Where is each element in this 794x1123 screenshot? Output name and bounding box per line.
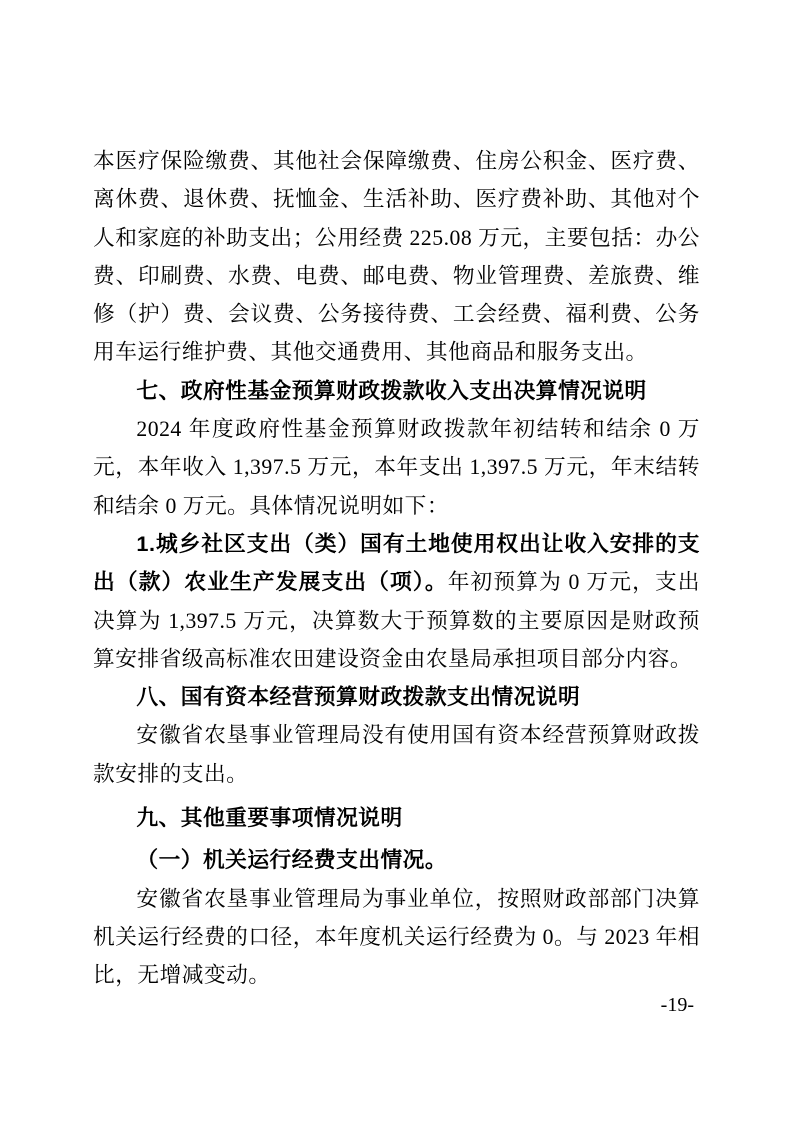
paragraph-state-capital: 安徽省农垦事业管理局没有使用国有资本经营预算财政拨款安排的支出。 bbox=[93, 716, 700, 793]
paragraph-item1: 1.城乡社区支出（类）国有土地使用权出让收入安排的支出（款）农业生产发展支出（项… bbox=[93, 525, 700, 678]
document-page: 本医疗保险缴费、其他社会保障缴费、住房公积金、医疗费、离休费、退休费、抚恤金、生… bbox=[0, 0, 794, 1123]
section-heading-7: 七、政府性基金预算财政拨款收入支出决算情况说明 bbox=[93, 372, 700, 410]
page-number: -19- bbox=[661, 994, 694, 1016]
document-content: 本医疗保险缴费、其他社会保障缴费、住房公积金、医疗费、离休费、退休费、抚恤金、生… bbox=[93, 142, 700, 995]
section-heading-9: 九、其他重要事项情况说明 bbox=[93, 799, 700, 837]
section-heading-8: 八、国有资本经营预算财政拨款支出情况说明 bbox=[93, 678, 700, 716]
paragraph-continuation: 本医疗保险缴费、其他社会保障缴费、住房公积金、医疗费、离休费、退休费、抚恤金、生… bbox=[93, 142, 700, 372]
paragraph-operating-expense: 安徽省农垦事业管理局为事业单位，按照财政部部门决算机关运行经费的口径，本年度机关… bbox=[93, 880, 700, 995]
subsection-heading-9-1: （一）机关运行经费支出情况。 bbox=[93, 841, 700, 879]
paragraph-gov-fund: 2024 年度政府性基金预算财政拨款年初结转和结余 0 万元，本年收入 1,39… bbox=[93, 410, 700, 525]
